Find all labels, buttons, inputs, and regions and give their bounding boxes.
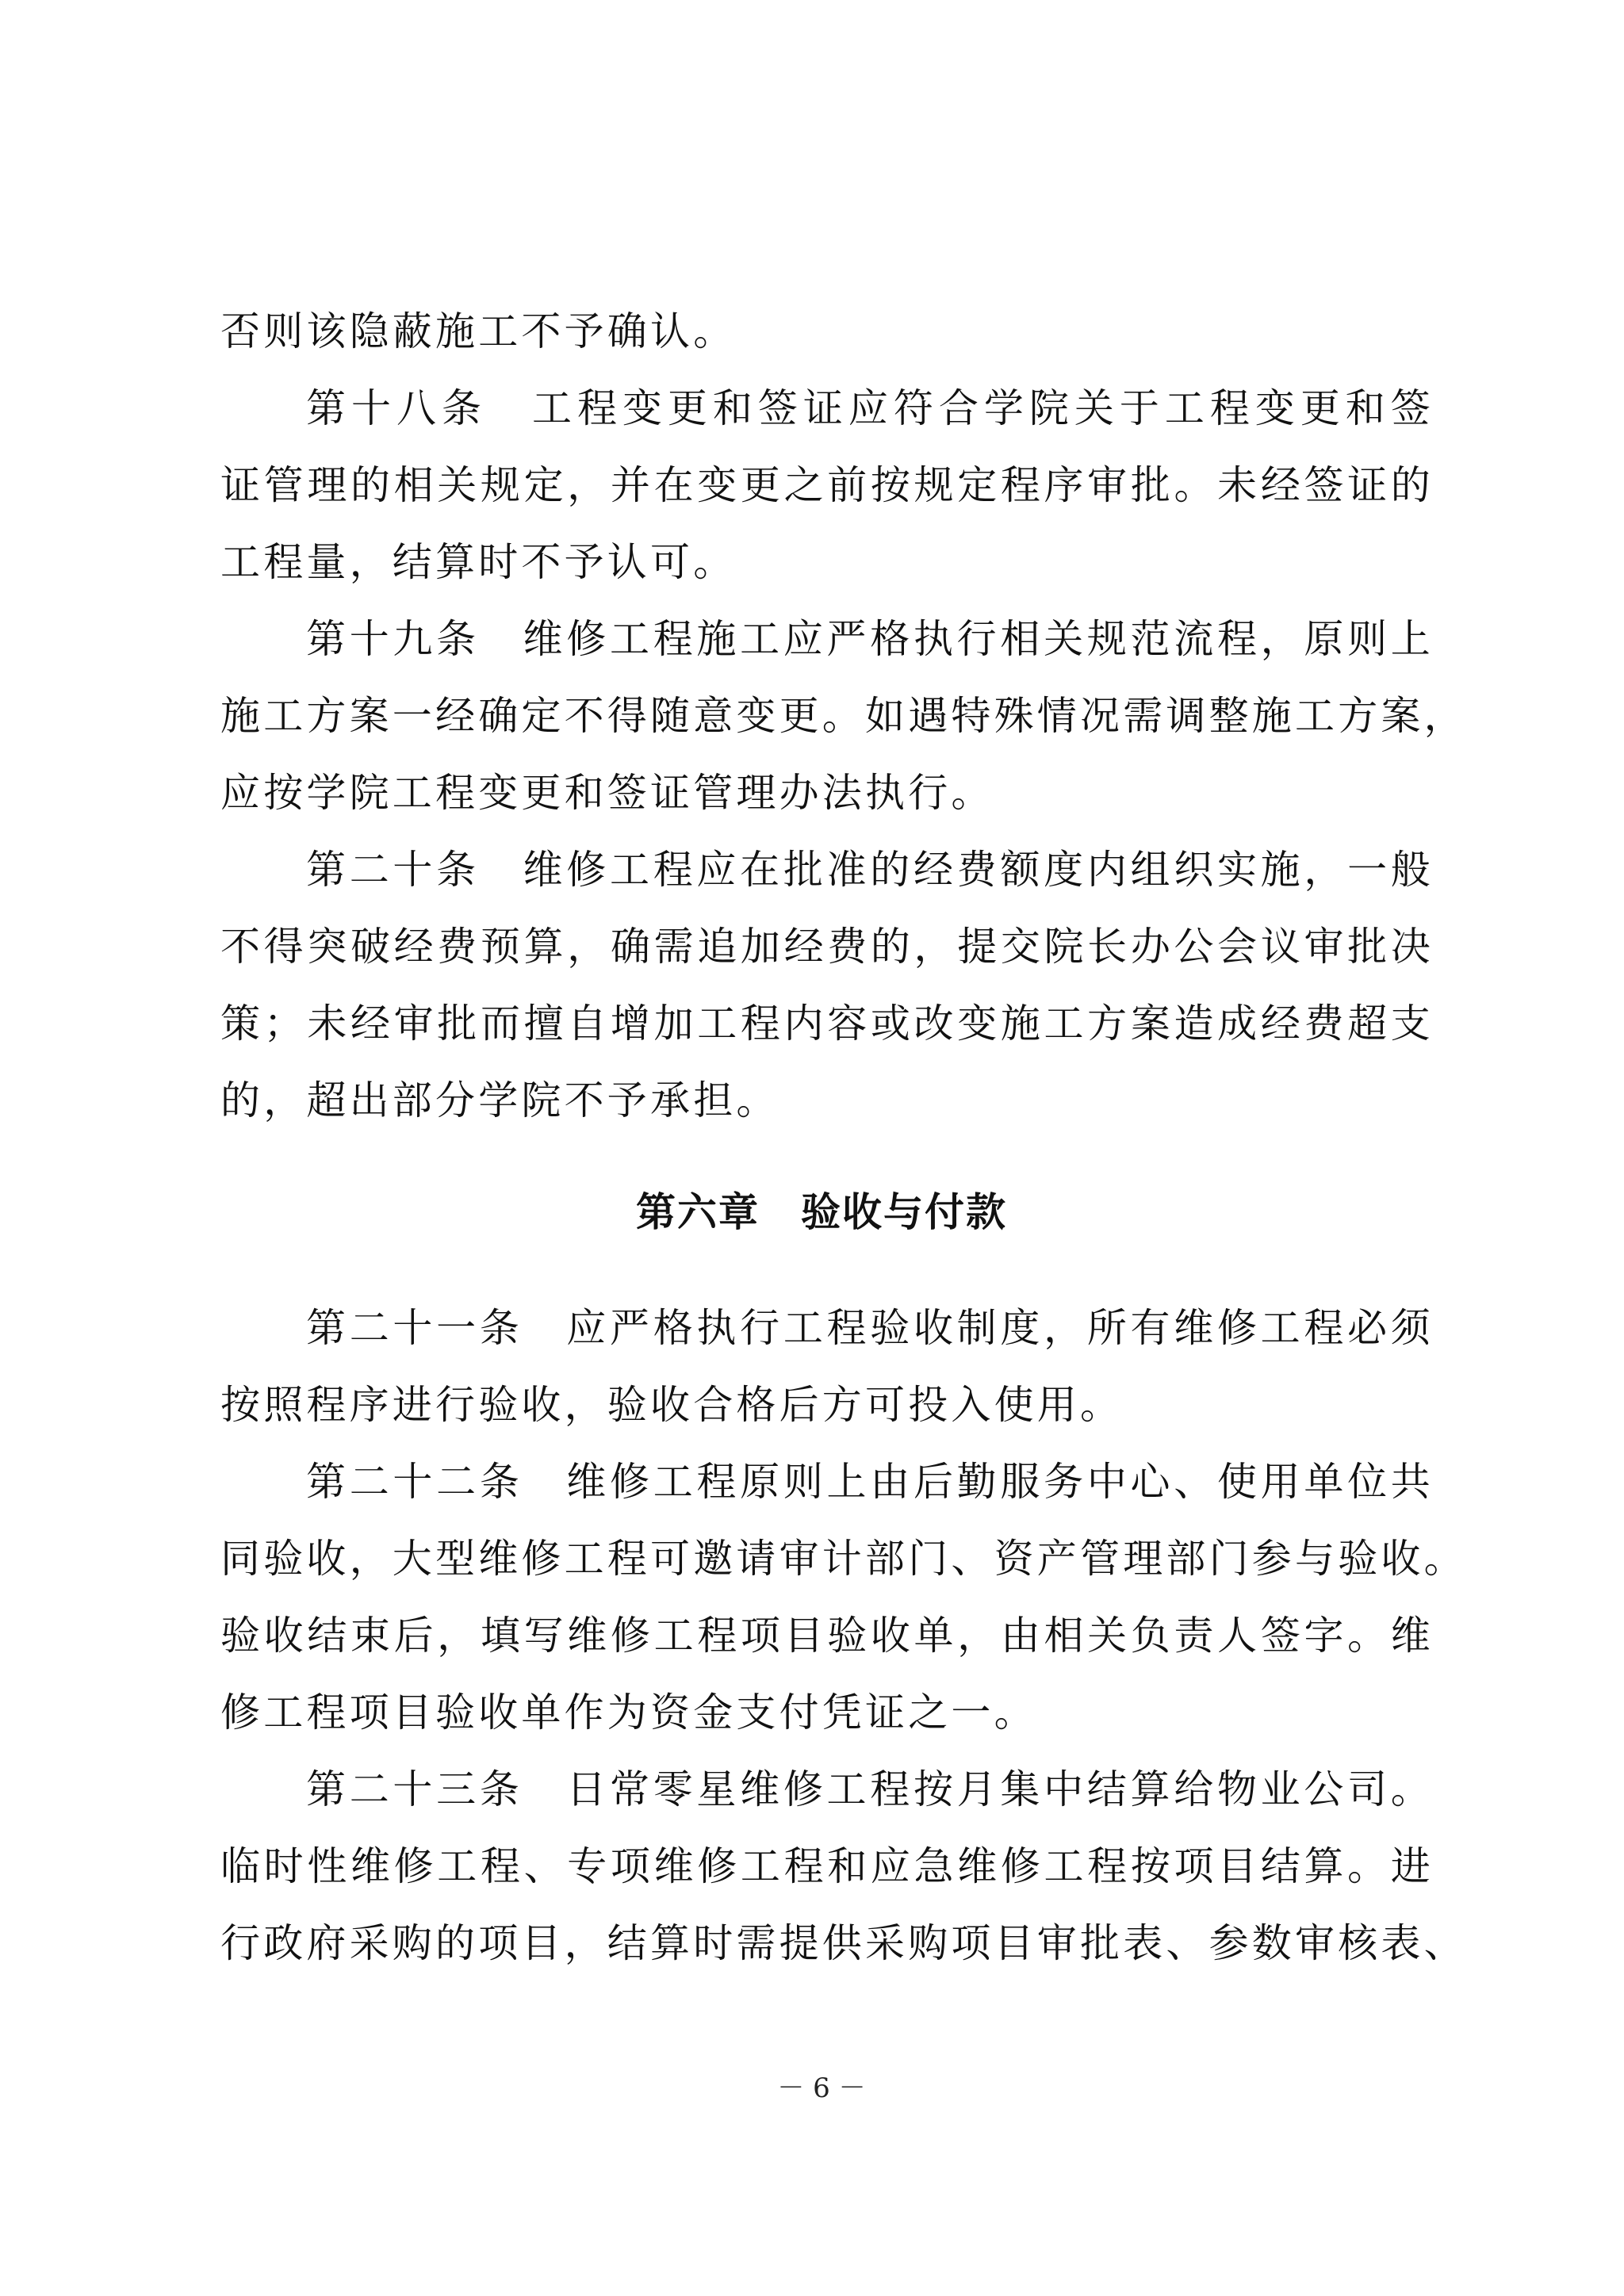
article-18-line: 第十八条 工程变更和签证应符合学院关于工程变更和签	[306, 385, 1434, 432]
text-line: 策；未经审批而擅自增加工程内容或改变施工方案造成经费超支	[220, 1000, 1434, 1047]
text-line: 同验收，大型维修工程可邀请审计部门、资产管理部门参与验收。	[220, 1535, 1434, 1582]
text-line: 的，超出部分学院不予承担。	[220, 1077, 1434, 1124]
article-20-line: 第二十条 维修工程应在批准的经费额度内组织实施，一般	[306, 846, 1434, 894]
text-line: 应按学院工程变更和签证管理办法执行。	[220, 769, 1434, 817]
chapter-heading: 第六章 验收与付款	[0, 1188, 1624, 1237]
document-page: 否则该隐蔽施工不予确认。 第十八条 工程变更和签证应符合学院关于工程变更和签 证…	[0, 0, 1624, 2296]
text-line: 临时性维修工程、专项维修工程和应急维修工程按项目结算。进	[220, 1843, 1434, 1890]
text-line: 验收结束后，填写维修工程项目验收单，由相关负责人签字。维	[220, 1612, 1434, 1659]
text-line: 不得突破经费预算，确需追加经费的，提交院长办公会议审批决	[220, 923, 1434, 970]
text-line: 否则该隐蔽施工不予确认。	[220, 308, 1434, 355]
text-line: 按照程序进行验收，验收合格后方可投入使用。	[220, 1381, 1434, 1429]
article-23-line: 第二十三条 日常零星维修工程按月集中结算给物业公司。	[306, 1766, 1434, 1813]
text-line: 修工程项目验收单作为资金支付凭证之一。	[220, 1689, 1434, 1736]
article-22-line: 第二十二条 维修工程原则上由后勤服务中心、使用单位共	[306, 1458, 1434, 1506]
article-19-line: 第十九条 维修工程施工应严格执行相关规范流程，原则上	[306, 615, 1434, 663]
page-number: － 6 －	[0, 2071, 1624, 2106]
article-21-line: 第二十一条 应严格执行工程验收制度，所有维修工程必须	[306, 1304, 1434, 1352]
text-line: 施工方案一经确定不得随意变更。如遇特殊情况需调整施工方案，	[220, 692, 1434, 740]
text-line: 证管理的相关规定，并在变更之前按规定程序审批。未经签证的	[220, 461, 1434, 509]
text-line: 行政府采购的项目，结算时需提供采购项目审批表、参数审核表、	[220, 1919, 1434, 1967]
text-line: 工程量，结算时不予认可。	[220, 538, 1434, 586]
